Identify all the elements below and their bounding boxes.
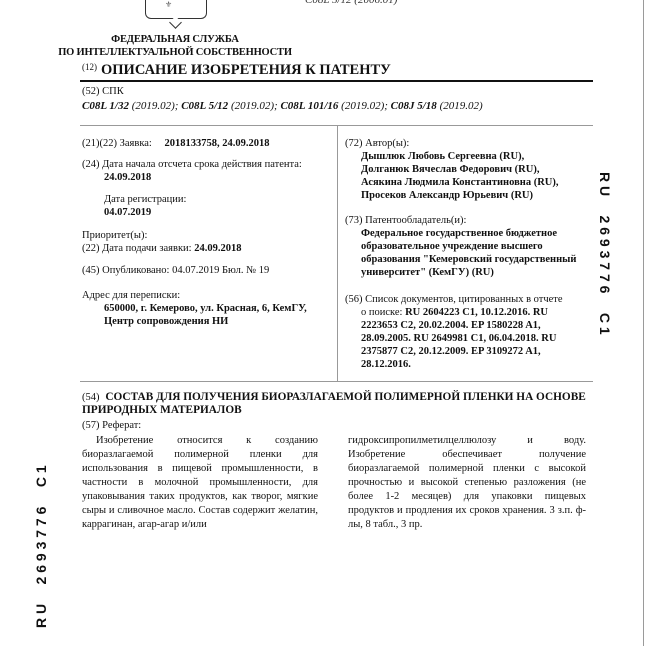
cited-list: 2223653 C2, 20.02.2004. EP 1580228 A1,28…	[345, 319, 563, 371]
abstract-text-right: гидроксипропилметилцеллюлозу и воду. Изо…	[348, 434, 586, 532]
spk-code-date: (2019.02);	[129, 100, 181, 112]
title-code: (54)	[82, 392, 100, 403]
registration-field: Дата регистрации: 04.07.2019	[82, 193, 186, 219]
authors-label: (72) Автор(ы):	[345, 137, 558, 150]
published-field: (45) Опубликовано: 04.07.2019 Бюл. № 19	[82, 264, 269, 277]
author-name: Долганюк Вячеслав Федорович (RU),	[361, 163, 558, 176]
holder-label: (73) Патентообладатель(и):	[345, 214, 576, 227]
filing-value: 24.09.2018	[194, 243, 241, 254]
cited-line: RU 2604223 C1, 10.12.2016. RU	[405, 307, 548, 318]
holder-line: Федеральное государственное бюджетное	[361, 227, 576, 240]
authors-field: (72) Автор(ы): Дышлюк Любовь Сергеевна (…	[345, 137, 558, 202]
agency-name: ФЕДЕРАЛЬНАЯ СЛУЖБА ПО ИНТЕЛЛЕКТУАЛЬНОЙ С…	[40, 33, 310, 59]
doc-type-text: ОПИСАНИЕ ИЗОБРЕТЕНИЯ К ПАТЕНТУ	[101, 62, 391, 78]
priority-label: Приоритет(ы):	[82, 229, 241, 242]
agency-line1: ФЕДЕРАЛЬНАЯ СЛУЖБА	[40, 33, 310, 46]
term-start-label: (24) Дата начала отсчета срока действия …	[82, 158, 302, 171]
term-start-field: (24) Дата начала отсчета срока действия …	[82, 158, 302, 184]
top-classification: C08L 5/12 (2006.01)	[305, 0, 397, 6]
spk-code: C08L 5/12	[181, 100, 228, 112]
document-type-title: (12)ОПИСАНИЕ ИЗОБРЕТЕНИЯ К ПАТЕНТУ	[82, 62, 391, 79]
cited-line: 28.09.2005. RU 2649981 C1, 06.04.2018. R…	[361, 332, 563, 345]
patent-holder-field: (73) Патентообладатель(и): Федеральное г…	[345, 214, 576, 279]
cited-label: (56) Список документов, цитированных в о…	[345, 293, 563, 306]
holder-line: образовательное учреждение высшего	[361, 240, 576, 253]
term-start-value: 24.09.2018	[82, 171, 302, 184]
spk-label: (52) СПК	[82, 86, 124, 97]
holder-line: университет" (КемГУ) (RU)	[361, 266, 576, 279]
application-value: 2018133758, 24.09.2018	[164, 138, 269, 149]
abstract-label: (57) Реферат:	[82, 420, 141, 431]
cited-documents-field: (56) Список документов, цитированных в о…	[345, 293, 563, 371]
spk-code: C08J 5/18	[391, 100, 437, 112]
priority-field: Приоритет(ы): (22) Дата подачи заявки: 2…	[82, 229, 241, 255]
registration-value: 04.07.2019	[82, 206, 186, 219]
state-emblem-icon: ⚜	[165, 0, 172, 9]
holder-line: образования "Кемеровский государственный	[361, 253, 576, 266]
cited-line: 2223653 C2, 20.02.2004. EP 1580228 A1,	[361, 319, 563, 332]
spk-code-date: (2019.02);	[228, 100, 280, 112]
address-label: Адрес для переписки:	[82, 289, 307, 302]
column-divider	[337, 125, 338, 382]
agency-line2: ПО ИНТЕЛЛЕКТУАЛЬНОЙ СОБСТВЕННОСТИ	[40, 46, 310, 59]
patent-number-vertical-left: R U 2 6 9 3 7 7 6 C 1	[33, 465, 49, 628]
author-name: Просеков Александр Юрьевич (RU)	[361, 189, 558, 202]
published-value: 04.07.2019 Бюл. № 19	[172, 265, 269, 276]
title-text: СОСТАВ ДЛЯ ПОЛУЧЕНИЯ БИОРАЗЛАГАЕМОЙ ПОЛИ…	[82, 391, 586, 416]
cited-prefix: о поиске:	[361, 307, 402, 318]
published-label: (45) Опубликовано:	[82, 265, 169, 276]
cited-line: 28.12.2016.	[361, 358, 563, 371]
cited-line: 2375877 C2, 20.12.2009. EP 3109272 A1,	[361, 345, 563, 358]
spk-code-date: (2019.02)	[437, 100, 483, 112]
author-name: Асякина Людмила Константиновна (RU),	[361, 176, 558, 189]
section-divider-bottom	[80, 381, 593, 382]
address-field: Адрес для переписки: 650000, г. Кемерово…	[82, 289, 307, 328]
invention-title: (54) СОСТАВ ДЛЯ ПОЛУЧЕНИЯ БИОРАЗЛАГАЕМОЙ…	[82, 391, 592, 417]
spk-codes: C08L 1/32 (2019.02); C08L 5/12 (2019.02)…	[82, 100, 483, 112]
page-edge	[643, 0, 644, 646]
address-line2: Центр сопровождения НИ	[82, 315, 307, 328]
address-line1: 650000, г. Кемерово, ул. Красная, 6, Кем…	[82, 302, 307, 315]
title-divider	[80, 80, 593, 82]
doc-type-code: (12)	[82, 62, 97, 72]
spk-code: C08L 101/16	[280, 100, 338, 112]
holder-list: Федеральное государственное бюджетноеобр…	[345, 227, 576, 279]
application-label: (21)(22) Заявка:	[82, 138, 152, 149]
filing-label: (22) Дата подачи заявки:	[82, 243, 192, 254]
spk-code: C08L 1/32	[82, 100, 129, 112]
spk-code-date: (2019.02);	[338, 100, 390, 112]
application-field: (21)(22) Заявка: 2018133758, 24.09.2018	[82, 137, 269, 150]
authors-list: Дышлюк Любовь Сергеевна (RU),Долганюк Вя…	[345, 150, 558, 202]
patent-number-vertical-right: R U 2 6 9 3 7 7 6 C 1	[597, 172, 613, 335]
registration-label: Дата регистрации:	[82, 193, 186, 206]
author-name: Дышлюк Любовь Сергеевна (RU),	[361, 150, 558, 163]
abstract-text-left: Изобретение относится к созданию биоразл…	[82, 434, 318, 532]
